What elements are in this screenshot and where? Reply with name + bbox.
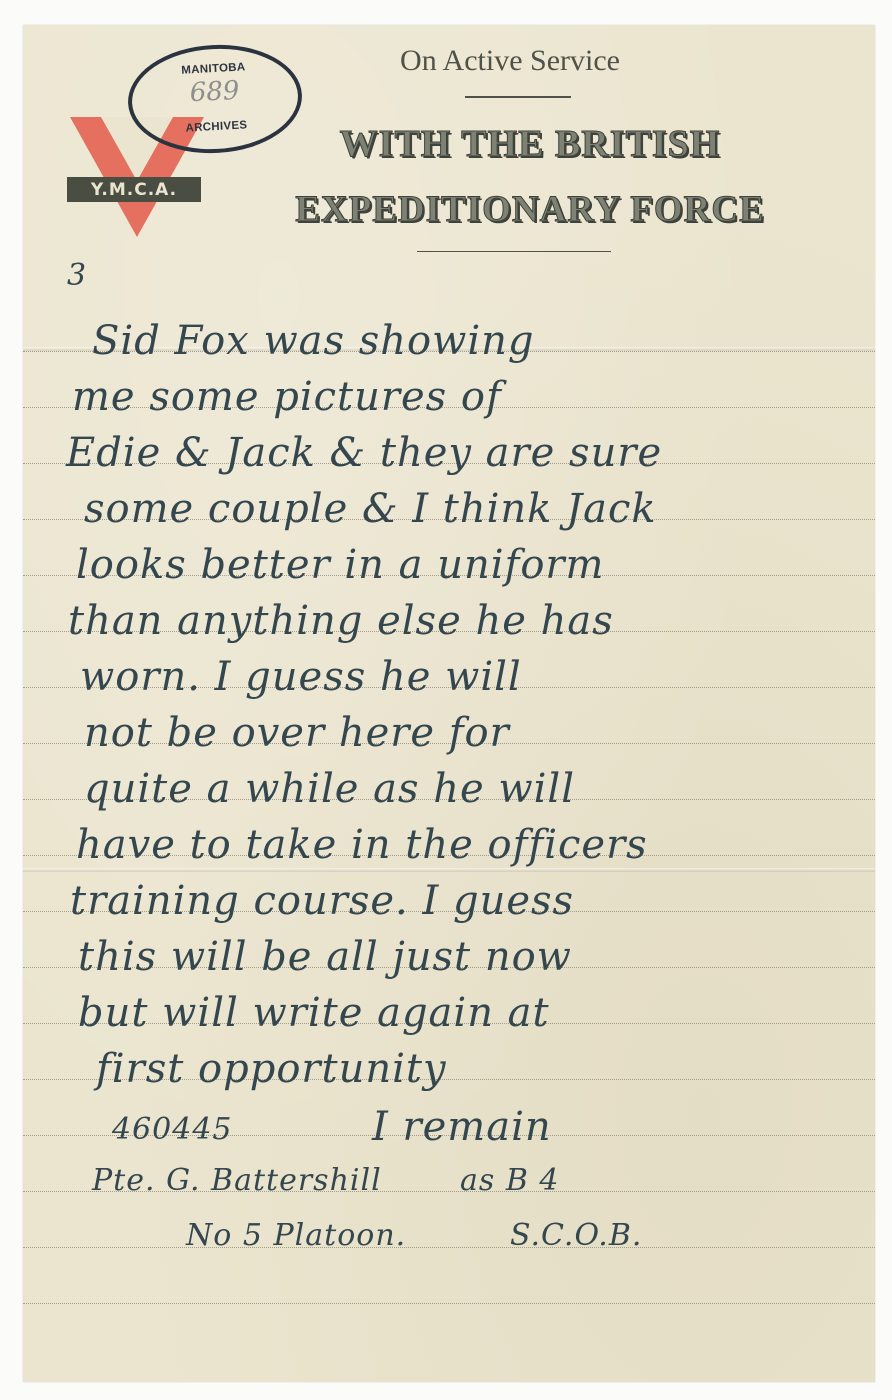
page-number: 3 <box>67 258 87 293</box>
divider <box>465 96 571 98</box>
ruled-line <box>23 1247 875 1248</box>
service-number: 460445 <box>112 1112 233 1147</box>
company: S.C.O.B. <box>510 1218 642 1253</box>
letter-line: than anything else he has <box>68 598 614 644</box>
letter-line: some couple & I think Jack <box>84 486 657 532</box>
letterhead-subtitle: On Active Service <box>310 44 710 78</box>
fold-crease <box>23 868 875 872</box>
letter-line: Edie & Jack & they are sure <box>66 430 662 476</box>
divider <box>417 251 611 252</box>
letter-line: Sid Fox was showing <box>92 318 535 364</box>
stamp-number: 689 <box>131 73 298 112</box>
letter-line: this will be all just now <box>78 934 572 980</box>
letter-line: looks better in a uniform <box>76 542 604 588</box>
closing: I remain <box>372 1104 552 1150</box>
letter-line: quite a while as he will <box>84 766 575 812</box>
letterhead-banner-line2: EXPEDITIONARY FORCE <box>250 188 810 231</box>
ymca-label: Y.M.C.A. <box>67 177 201 202</box>
letter-line: me some pictures of <box>72 374 502 420</box>
platoon: No 5 Platoon. <box>186 1218 406 1253</box>
letter-line: not be over here for <box>84 710 510 756</box>
letter-line: but will write again at <box>78 990 550 1036</box>
ruled-line <box>23 1303 875 1304</box>
letterhead-banner-line1: WITH THE BRITISH <box>250 122 810 166</box>
letter-line: worn. I guess he will <box>80 654 522 700</box>
letter-line: first opportunity <box>96 1046 447 1092</box>
letter-line: have to take in the officers <box>76 822 648 868</box>
letter-line: training course. I guess <box>70 878 574 924</box>
unit: as B 4 <box>460 1163 560 1198</box>
signature-name: Pte. G. Battershill <box>92 1163 382 1198</box>
